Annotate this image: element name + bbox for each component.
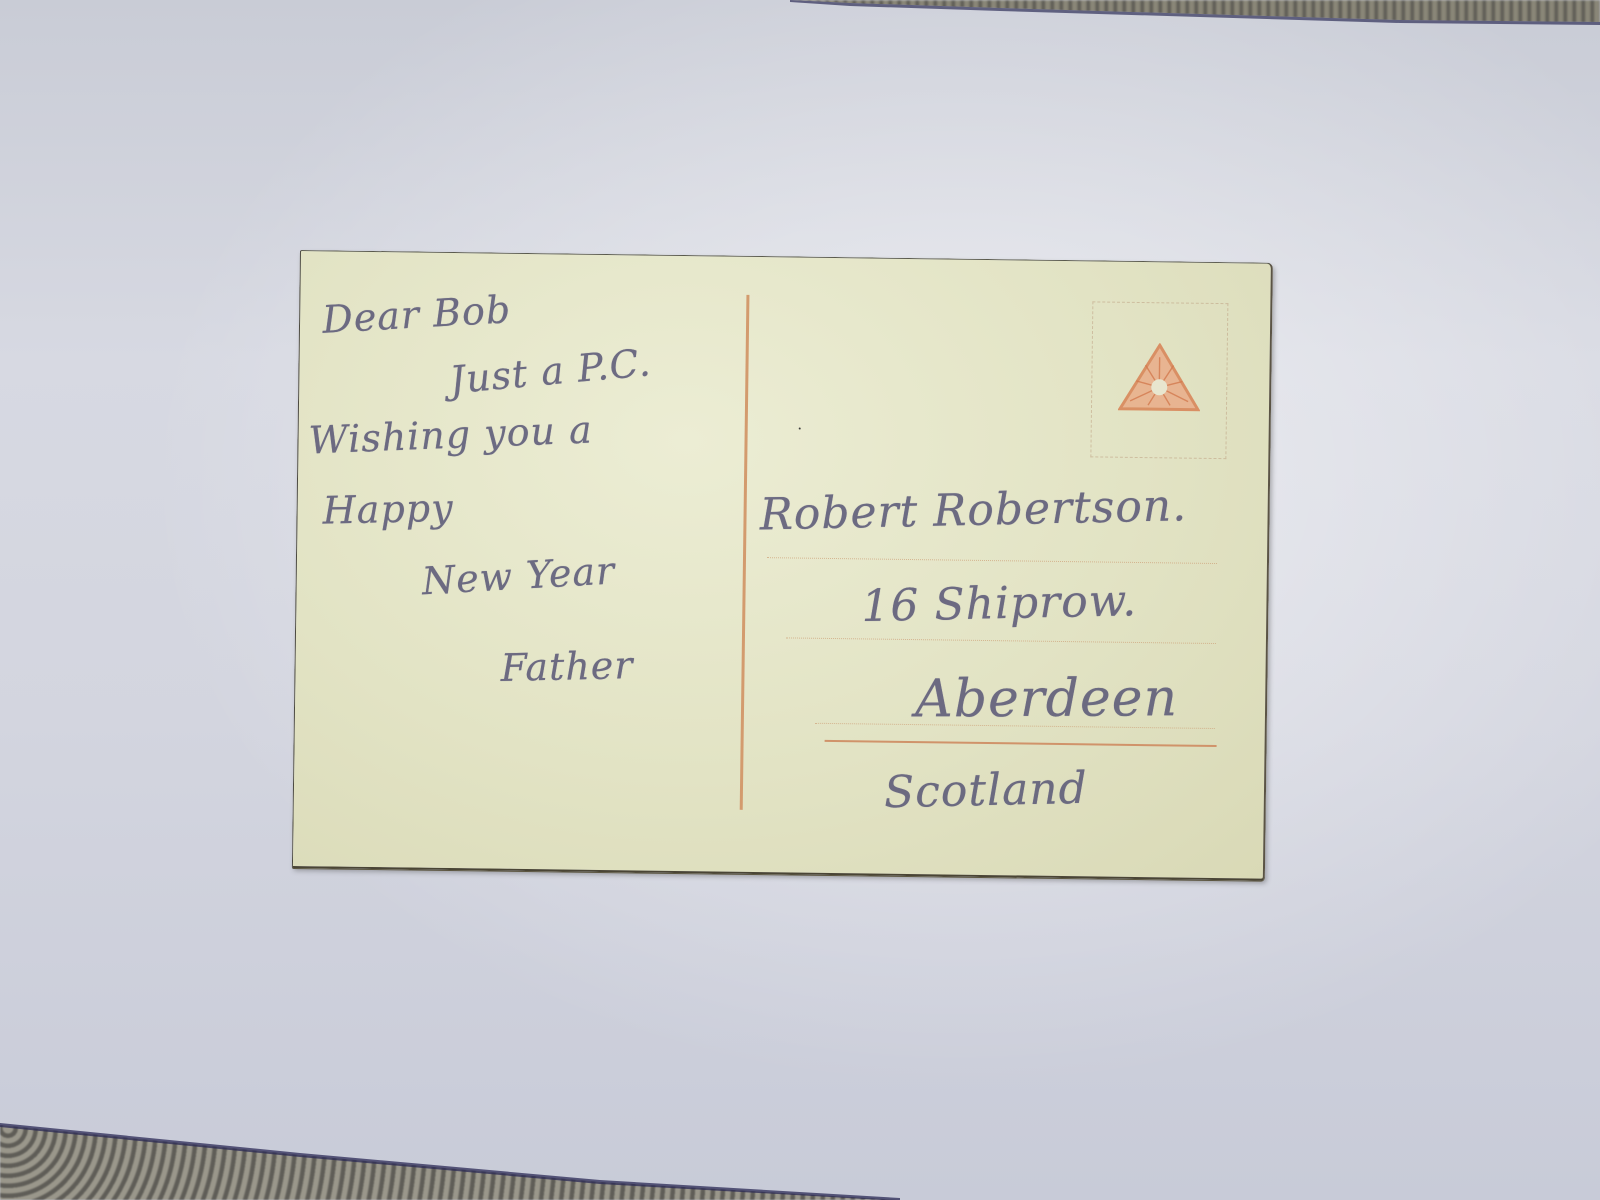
message-line-3: Wishing you a [308,407,594,462]
postcard: Dear Bob Just a P.C. Wishing you a Happy… [292,250,1273,881]
address-underline [825,740,1217,747]
address-guide-line-2 [786,637,1216,644]
address-street: 16 Shiprow. [861,575,1138,632]
address-recipient-name: Robert Robertson. [759,480,1187,540]
message-line-2: Just a P.C. [448,340,653,402]
address-city: Aberdeen [915,668,1178,729]
paper-speck [799,428,801,430]
triangle-sunburst-stamp-icon [1118,343,1201,414]
message-line-5: New Year [421,548,617,603]
stamp-box [1090,301,1228,459]
message-signature: Father [500,643,634,690]
center-divider-line [740,295,750,810]
message-line-4: Happy [322,486,454,533]
address-guide-line-1 [767,557,1217,564]
address-country: Scotland [883,763,1088,818]
message-line-greeting: Dear Bob [321,287,512,342]
